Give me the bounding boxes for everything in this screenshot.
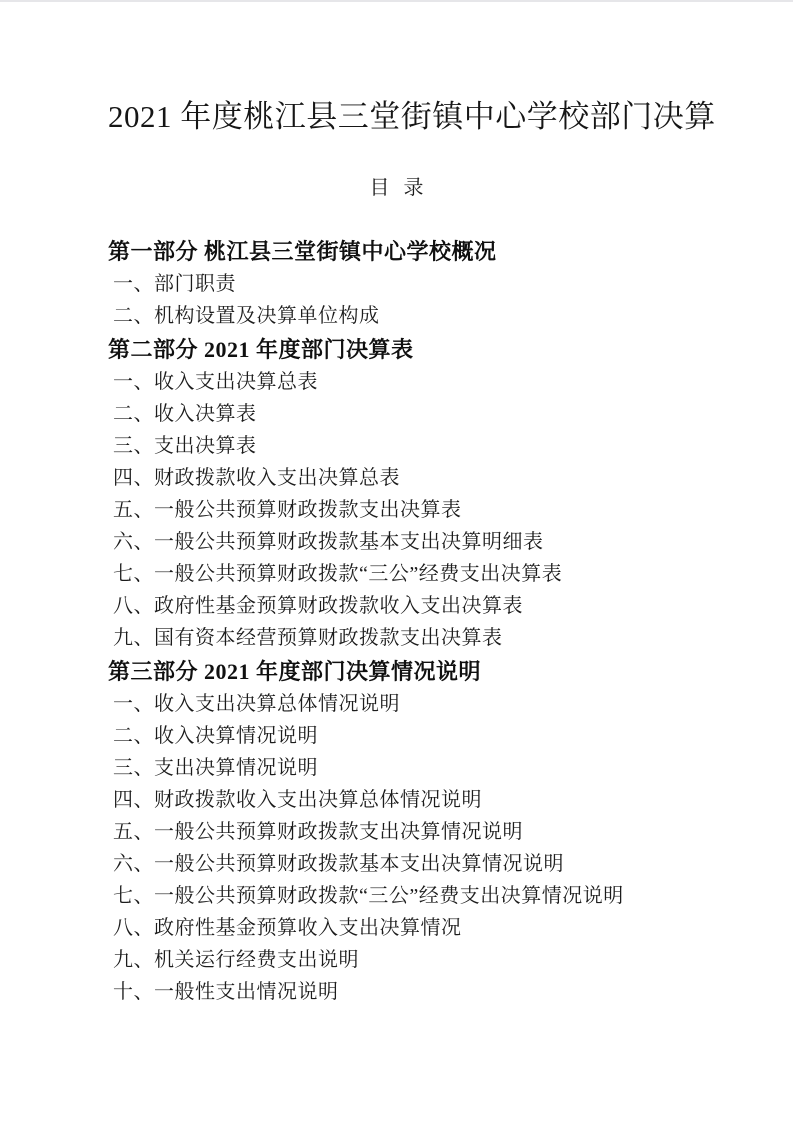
toc-item: 十、一般性支出情况说明 — [113, 981, 685, 1003]
section-heading-part3: 第三部分 2021 年度部门决算情况说明 — [108, 659, 685, 685]
toc-item: 六、一般公共预算财政拨款基本支出决算明细表 — [113, 531, 685, 553]
toc-item: 二、机构设置及决算单位构成 — [113, 305, 685, 327]
toc-item: 七、一般公共预算财政拨款“三公”经费支出决算情况说明 — [113, 885, 685, 907]
toc-item: 四、财政拨款收入支出决算总体情况说明 — [113, 789, 685, 811]
toc-item: 二、收入决算情况说明 — [113, 725, 685, 747]
toc-item: 七、一般公共预算财政拨款“三公”经费支出决算表 — [113, 563, 685, 585]
toc-item: 五、一般公共预算财政拨款支出决算表 — [113, 499, 685, 521]
toc-item: 五、一般公共预算财政拨款支出决算情况说明 — [113, 821, 685, 843]
document-title: 2021 年度桃江县三堂街镇中心学校部门决算 — [108, 97, 685, 137]
toc-item: 一、收入支出决算总体情况说明 — [113, 693, 685, 715]
toc-item: 四、财政拨款收入支出决算总表 — [113, 467, 685, 489]
section-heading-part1: 第一部分 桃江县三堂街镇中心学校概况 — [108, 239, 685, 265]
toc-item: 六、一般公共预算财政拨款基本支出决算情况说明 — [113, 853, 685, 875]
document-page: 2021 年度桃江县三堂街镇中心学校部门决算 目 录 第一部分 桃江县三堂街镇中… — [0, 0, 793, 1122]
toc-item: 八、政府性基金预算收入支出决算情况 — [113, 917, 685, 939]
page-content: 2021 年度桃江县三堂街镇中心学校部门决算 目 录 第一部分 桃江县三堂街镇中… — [0, 0, 793, 1003]
toc-heading: 目 录 — [108, 175, 685, 201]
toc-item: 九、国有资本经营预算财政拨款支出决算表 — [113, 627, 685, 649]
toc-section-part3: 第三部分 2021 年度部门决算情况说明 一、收入支出决算总体情况说明 二、收入… — [108, 659, 685, 1003]
toc-section-part2: 第二部分 2021 年度部门决算表 一、收入支出决算总表 二、收入决算表 三、支… — [108, 337, 685, 649]
toc-item: 三、支出决算表 — [113, 435, 685, 457]
toc-item: 三、支出决算情况说明 — [113, 757, 685, 779]
toc-item: 一、部门职责 — [113, 273, 685, 295]
page-top-edge — [0, 0, 793, 2]
toc-item: 一、收入支出决算总表 — [113, 371, 685, 393]
toc-section-part1: 第一部分 桃江县三堂街镇中心学校概况 一、部门职责 二、机构设置及决算单位构成 — [108, 239, 685, 327]
toc-item: 九、机关运行经费支出说明 — [113, 949, 685, 971]
toc-item: 八、政府性基金预算财政拨款收入支出决算表 — [113, 595, 685, 617]
toc-item: 二、收入决算表 — [113, 403, 685, 425]
section-heading-part2: 第二部分 2021 年度部门决算表 — [108, 337, 685, 363]
